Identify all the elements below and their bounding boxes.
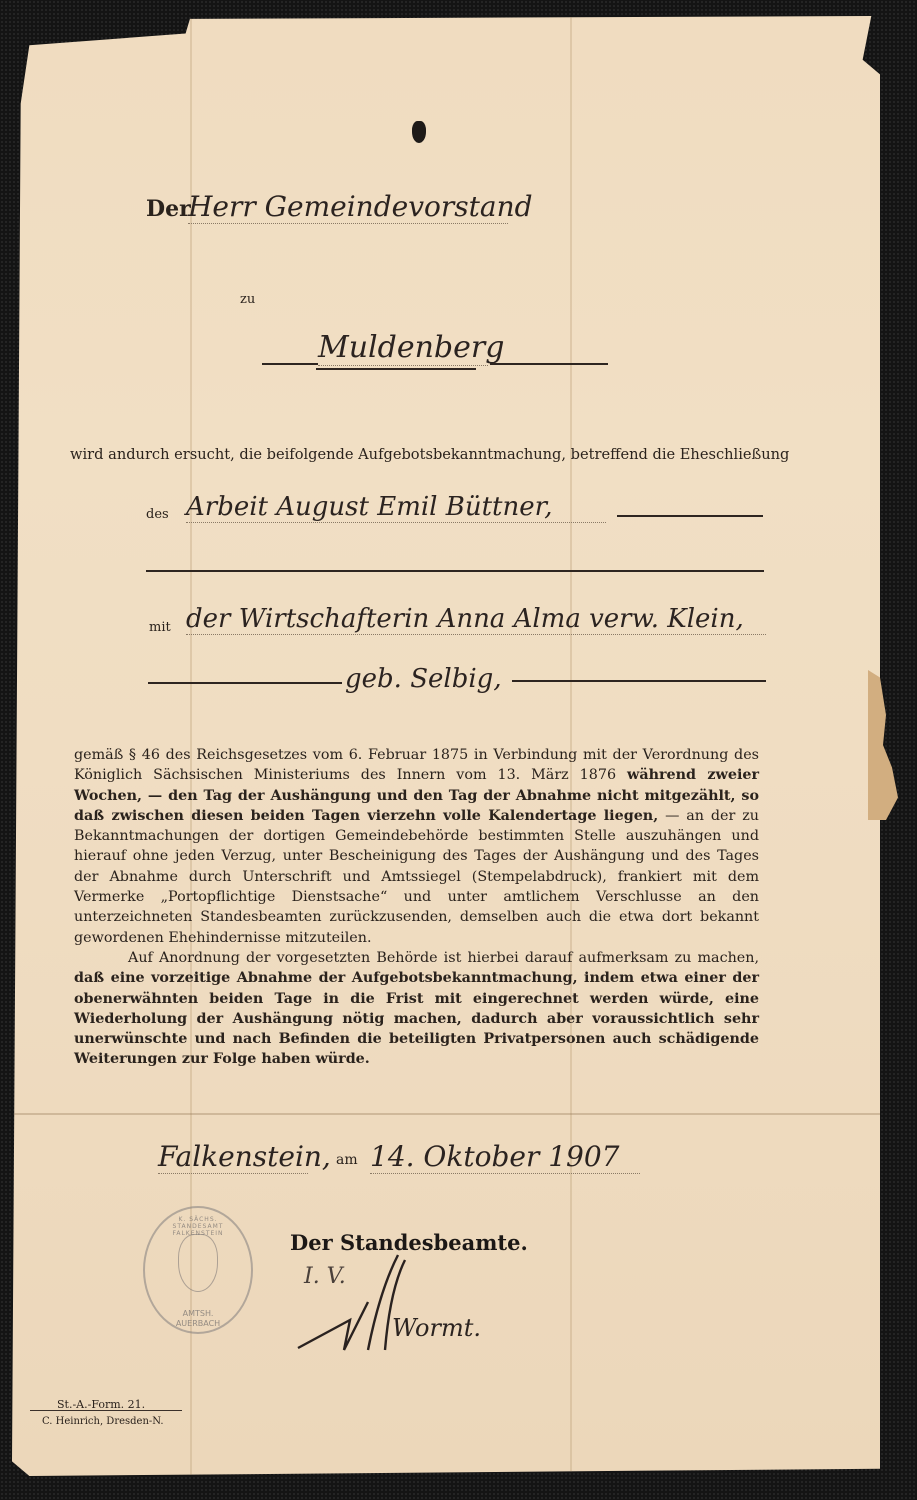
paragraph-legal-basis: gemäß § 46 des Reichsgesetzes vom 6. Feb… [74,745,759,948]
bride-prefix: mit [149,620,171,635]
stamp-text-bottom2: AUERBACH [145,1319,251,1328]
fold-line [12,1113,880,1115]
place-date-date: 14. Oktober 1907 [370,1140,640,1174]
addressee-connector: zu [240,292,255,307]
underline [316,368,476,370]
rule [490,363,608,365]
groom-handwritten: Arbeit August Emil Büttner, [186,492,606,523]
rule [148,682,342,684]
text-run: Auf Anordnung der vorgesetzten Behörde i… [128,950,759,966]
request-text: wird andurch ersucht, die beifolgende Au… [70,446,789,463]
printer-imprint: C. Heinrich, Dresden-N. [42,1416,164,1427]
divider [30,1410,182,1411]
paragraph-notice: Auf Anordnung der vorgesetzten Behörde i… [74,948,759,1070]
bride-handwritten-line2: geb. Selbig, [345,664,502,694]
stamp-text-bottom: AMTSH. [145,1309,251,1318]
signature: Wormt. [392,1314,481,1342]
bride-handwritten: der Wirtschafterin Anna Alma verw. Klein… [186,604,766,635]
official-seal-stamp: K. SÄCHS. STANDESAMT FALKENSTEIN AMTSH. … [143,1206,253,1334]
body-text: gemäß § 46 des Reichsgesetzes vom 6. Feb… [74,745,759,1070]
punch-hole [412,121,426,143]
place-handwritten: Muldenberg [318,330,488,366]
text-run: — an der zu Bekanntmachungen der dortige… [74,808,759,946]
rule [262,363,318,365]
coat-of-arms-icon [178,1234,218,1292]
text-run-bold: daß eine vorzeitige Abnahme der Aufgebot… [74,970,759,1067]
signature-stroke [290,1250,520,1360]
rule [146,570,764,572]
rule [617,515,763,517]
place-date-place: Falkenstein, [158,1140,308,1174]
groom-prefix: des [146,507,169,522]
addressee-prefix: Der [146,196,191,222]
place-date-connector: am [336,1152,358,1168]
rule [512,680,766,682]
torn-edge [868,670,898,820]
addressee-handwritten: Herr Gemeindevorstand [188,190,508,224]
